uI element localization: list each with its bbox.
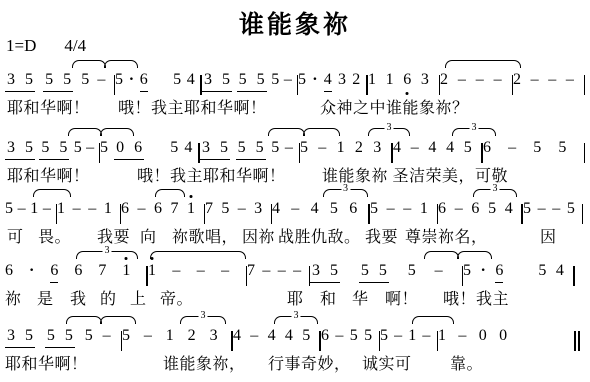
note-token: · [29,261,34,281]
triplet-number: 3 [292,311,301,321]
note-token: 5 [59,138,67,158]
note-token: 1 [386,70,394,90]
barline [584,143,586,163]
note-token: 3 [373,138,381,158]
lyric-word: 我要 [365,224,398,247]
dash-token: – [458,70,466,90]
measure: 1–00 [438,326,580,348]
note-token: 6 [5,261,13,281]
lyric-word: 向 [140,224,157,247]
triplet-mark: 3 [452,128,496,136]
measure: 5–1– [5,199,57,221]
note-token: 6 [50,261,58,283]
score-line: 35555–5065435555–5–1234–4456–5533耶和华啊！哦！… [0,124,590,182]
dash-token: – [97,70,105,90]
lyric-word: 尊崇祢名， [405,224,488,247]
dash-token: – [221,261,229,281]
measure: 50654 [100,138,200,160]
note-token: 5 [100,138,108,158]
note-token: 5 [370,199,378,219]
note-token: · [129,70,134,90]
dash-token: – [238,199,246,219]
beamed-notes: 55 [45,326,75,348]
tie-arc [424,251,492,259]
note-token: 6 [134,138,142,158]
measure: 5–123 [122,326,233,348]
note-token: 4 [184,138,192,158]
note-token: 3 [7,70,15,90]
lyric-word: 因祢 [242,224,275,247]
measure: 75–3 [205,199,272,221]
dash-token: – [284,70,292,90]
dash-token: – [293,261,301,281]
lyric-word: 华 [352,286,369,309]
triplet-number: 3 [103,246,112,256]
time-signature: 4/4 [64,36,86,56]
note-token: 5 [567,199,575,219]
measure: 7––– [247,261,310,283]
lyric-word: 靠。 [450,351,483,374]
dash-token: – [335,326,343,346]
triplet-mark: 3 [274,316,318,324]
note-token: 4 [233,326,241,346]
tie-arc [33,189,71,197]
score-line: 35555–5–1234–4456–555–1–1–0033耶和华啊！谁能象祢，… [0,312,590,370]
note-token: 5 [74,138,82,158]
dash-token: – [538,199,546,219]
dash-token: – [548,70,556,90]
beamed-notes: 55 [236,138,266,160]
beamed-notes: 35 [202,70,232,92]
note-token: 3 [202,138,210,158]
measure: 6–671 [121,199,205,221]
note-token: 5 [81,70,89,90]
dash-token: – [494,70,502,90]
final-double-barline [574,331,580,351]
note-token: 2 [355,138,363,158]
dash-token: – [144,326,152,346]
measure: 4–445 [393,138,483,160]
measure: 2––– [513,70,585,92]
note-token: 5 [238,138,246,158]
dash-token: – [278,261,286,281]
barline [584,75,586,95]
triplet-number: 3 [385,123,394,133]
lyric-word: 哦！我主 [443,286,509,309]
note-token: 4 [428,138,436,158]
lyric-word: 可 [7,224,24,247]
measure: 35555– [5,326,122,348]
dash-token: – [476,70,484,90]
measure: 1163 [368,70,440,92]
note-token: 1 [438,326,446,346]
note-token: 5 [330,261,338,281]
lyric-word: 是 [37,286,54,309]
measure: 5·654 [115,70,202,92]
lyric-word: 哦！我主耶和华啊！ [118,95,267,118]
note-token: 3 [7,138,15,158]
tie-arc [445,60,521,68]
lyric-word: 行事奇妙， [268,351,351,374]
note-token: 7 [98,261,106,281]
note-token: 3 [210,326,218,346]
note-token: 3 [7,326,15,346]
note-token: 6 [403,70,411,90]
note-token: 6 [349,199,357,219]
dash-token: – [86,138,94,158]
measure: 5·654 [463,261,575,283]
beamed-notes: 55 [39,138,69,160]
note-token: 2 [440,70,448,90]
note-token: 1 [104,199,112,219]
note-token: 5 [463,261,471,281]
dash-token: – [138,199,146,219]
score-line: 35555–5·65435555–5·43211632–––2–––耶和华啊！哦… [0,56,590,114]
note-token: 7 [171,199,179,219]
measure: 6–55 [483,138,585,160]
triplet-mark: 3 [76,251,138,259]
note-token: 6 [140,70,148,92]
dash-token: – [531,70,539,90]
note-token: 1 [368,70,376,90]
measure: 6–55 [321,326,380,348]
tie-arc [150,251,246,259]
note-token: 5 [350,326,358,346]
key-signature: 1=D [6,36,36,56]
note-token: 4 [324,70,332,92]
tie-arc [68,128,134,136]
triplet-mark: 3 [368,128,410,136]
note-token: 3 [421,70,429,90]
dash-token: – [566,70,574,90]
lyric-word: 众神之中谁能象祢？ [320,95,469,118]
spacer [520,339,562,340]
dash-token: – [262,261,270,281]
tie-arc [66,316,136,324]
note-token: 6 [74,261,82,281]
measure: 5·432 [298,70,368,92]
note-token: 6 [154,199,162,219]
measure: 35555– [202,70,298,92]
note-token: 5 [47,326,55,346]
measure: 6·6671 [5,261,148,283]
note-token: 6 [495,261,503,283]
dash-token: – [552,199,560,219]
score-meta: 1=D 4/4 [6,36,86,56]
note-token: 1 [187,199,195,219]
tie-arc [155,189,185,197]
note-token: 3 [204,70,212,90]
note-token: 5 [122,326,130,346]
measure: 4–445 [233,326,321,348]
note-token: 3 [254,199,262,219]
dash-token: – [403,199,411,219]
beamed-notes: 35 [5,326,35,348]
note-token: 5 [173,70,181,90]
note-token: 5 [302,326,310,346]
note-token: 2 [513,70,521,90]
lyric-word: 耶和华啊！ [7,163,90,186]
tie-arc [268,128,340,136]
note-token: 4 [393,138,401,158]
note-token: 1 [337,138,345,158]
note-token: 4 [272,199,280,219]
song-title: 谁能象祢 [0,5,590,41]
dash-token: – [88,199,96,219]
sheet-music-page: 谁能象祢 1=D 4/4 35555–5·65435555–5·43211632… [0,0,590,382]
note-token: 5 [170,138,178,158]
note-token: 7 [205,199,213,219]
note-token: 5 [361,261,369,281]
dash-token: – [435,261,443,281]
note-token: 5 [221,199,229,219]
note-token: 5 [300,138,308,158]
triplet-mark: 3 [323,189,368,197]
lyric-word: 祢歌唱， [172,224,238,247]
note-token: 4 [268,326,276,346]
note-token: 1 [57,199,65,219]
beamed-notes: 35 [200,138,230,160]
note-token: 4 [446,138,454,158]
dash-token: – [43,199,51,219]
beamed-notes: 55 [237,70,267,92]
lyric-word: 谁能象祢， [163,351,246,374]
note-token: · [312,70,317,90]
note-token: 1 [408,326,416,346]
dash-token: – [103,326,111,346]
beamed-notes: 06 [114,138,144,160]
lyric-word: 诚实可 [362,351,412,374]
measure: 4–456 [272,199,370,221]
note-token: 6 [438,199,446,219]
note-token: 5 [257,70,265,90]
measure: 35555– [5,70,115,92]
dash-token: – [411,138,419,158]
note-token: 6 [471,199,479,219]
note-token: 1 [30,199,38,219]
note-token: 5 [41,138,49,158]
note-token: 5 [63,70,71,90]
lyric-word: 的 [100,286,117,309]
note-token: 6 [321,326,329,346]
note-token: 5 [380,326,388,346]
note-token: 5 [271,138,279,158]
beamed-notes: 55 [359,261,389,283]
dash-token: – [285,138,293,158]
note-token: 3 [338,70,346,90]
beamed-notes: 35 [5,70,35,92]
note-token: 4 [505,199,513,219]
measure: 5–123 [300,138,393,160]
triplet-mark: 3 [180,316,226,324]
lyric-word: 耶和华啊！ [5,351,88,374]
lyric-word: 耶 [287,286,304,309]
rest-token: 0 [479,326,487,346]
measure: 1––– [148,261,247,283]
measure: 35555– [310,261,463,283]
beamed-notes: 35 [310,261,340,283]
lyric-word: 战胜仇敌。 [278,224,361,247]
beamed-notes: 55 [43,70,73,92]
lyric-word: 啊！ [385,286,418,309]
lyric-word: 上 [130,286,147,309]
dash-token: – [318,138,326,158]
note-token: 1 [122,261,130,281]
note-token: 5 [25,138,33,158]
note-token: 7 [247,261,255,281]
barline [582,204,584,224]
note-token: · [481,261,486,281]
note-token: 6 [121,199,129,219]
dash-token: – [455,199,463,219]
note-token: 5 [25,70,33,90]
dash-token: – [508,138,516,158]
lyric-word: 和 [320,286,337,309]
lyric-word: 因 [540,224,557,247]
note-token: 5 [220,138,228,158]
measure: 35555– [200,138,300,160]
lyric-word: 畏。 [38,224,71,247]
dash-token: – [291,199,299,219]
triplet-mark: 3 [473,189,517,197]
measure: 5––5 [523,199,583,221]
triplet-number: 3 [341,184,350,194]
lyric-word: 帝。 [160,286,193,309]
lyric-word: 谁能象祢 圣洁荣美，可敬 [322,163,508,186]
score-line: 5–1–1––16–67175–34–4565––16–6545––533可畏。… [0,185,590,243]
note-token: 1 [420,199,428,219]
dash-token: – [250,326,258,346]
note-token: 5 [523,199,531,219]
note-token: 5 [65,326,73,346]
spacer [513,274,529,275]
note-token: 3 [312,261,320,281]
note-token: 5 [558,138,566,158]
note-token: 5 [25,326,33,346]
measure: 5––1 [370,199,438,221]
spacer [153,83,167,84]
barline [573,266,575,286]
note-token: 5 [115,70,123,90]
dash-token: – [73,199,81,219]
note-token: 5 [408,261,416,281]
note-token: 5 [239,70,247,90]
score-line: 6·66711–––7–––35555–5·6543祢是我的上帝。耶和华啊！哦！… [0,247,590,305]
note-token: 5 [85,326,93,346]
dash-token: – [18,199,26,219]
note-token: 1 [148,261,156,281]
note-token: 4 [556,261,564,281]
note-token: 5 [330,199,338,219]
tie-arc [412,316,454,324]
dash-token: – [394,326,402,346]
note-token: 4 [311,199,319,219]
note-token: 5 [464,138,472,158]
note-token: 2 [188,326,196,346]
note-token: 5 [533,138,541,158]
measure: 5–1– [380,326,438,348]
triplet-number: 3 [470,123,479,133]
measure: 6–654 [438,199,523,221]
lyric-word: 耶和华啊！ [7,95,90,118]
note-token: 5 [379,261,387,281]
note-token: 5 [364,326,372,346]
note-token: 5 [538,261,546,281]
measure: 2––– [440,70,513,92]
dash-token: – [422,326,430,346]
measure: 35555– [5,138,100,160]
triplet-number: 3 [199,311,208,321]
dash-token: – [387,199,395,219]
note-token: 5 [256,138,264,158]
note-token: 5 [298,70,306,90]
dash-token: – [458,326,466,346]
note-token: 5 [488,199,496,219]
note-token: 0 [116,138,124,158]
note-token: 5 [5,199,13,219]
spacer [150,151,164,152]
note-token: 4 [285,326,293,346]
dash-token: – [172,261,180,281]
note-token: 4 [187,70,195,90]
note-token: 5 [45,70,53,90]
note-token: 5 [222,70,230,90]
note-token: 2 [352,70,360,90]
lyric-word: 我要 [97,224,130,247]
note-token: 5 [271,70,279,90]
lyric-word: 祢 [5,286,22,309]
dash-token: – [197,261,205,281]
measure: 1––1 [57,199,121,221]
triplet-number: 3 [491,184,500,194]
note-token: 6 [483,138,491,158]
rest-token: 0 [499,326,507,346]
lyric-word: 我 [70,286,87,309]
tie-arc [72,60,138,68]
note-token: 1 [166,326,174,346]
lyric-word: 哦！我主耶和华啊！ [137,163,286,186]
beamed-notes: 35 [5,138,35,160]
